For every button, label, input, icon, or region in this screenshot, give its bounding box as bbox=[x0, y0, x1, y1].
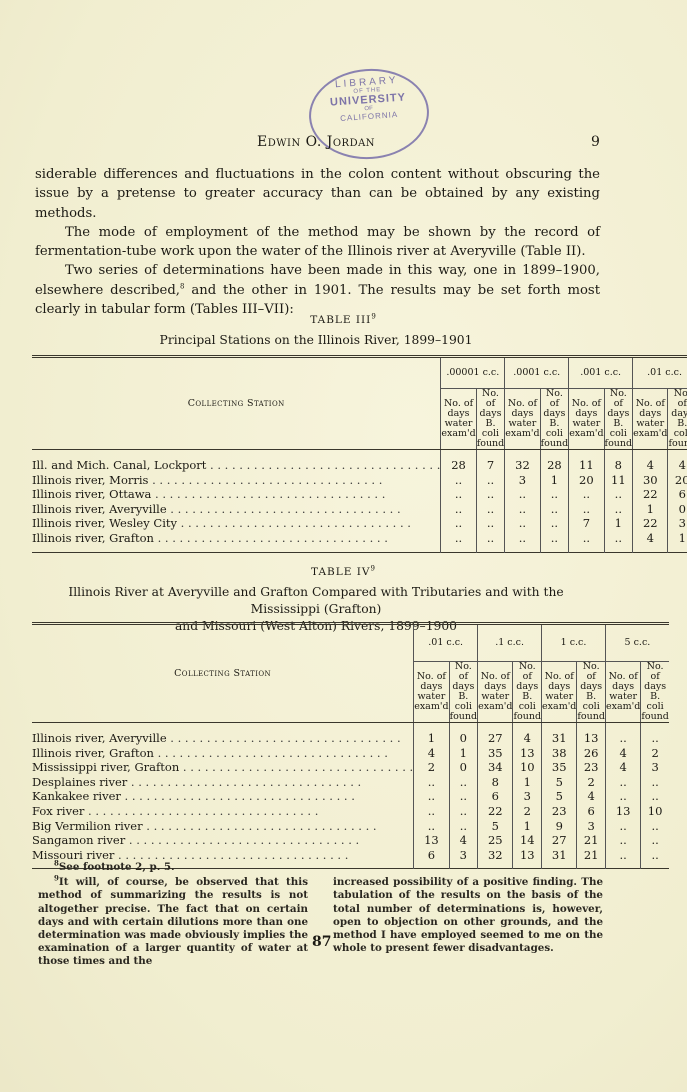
cell-value: 30 bbox=[633, 473, 668, 488]
cell-value: .. bbox=[476, 531, 505, 552]
cell-value: 0 bbox=[449, 723, 478, 746]
cell-value: 26 bbox=[577, 746, 606, 761]
cell-value: 20 bbox=[569, 473, 604, 488]
cell-value: 34 bbox=[478, 760, 513, 775]
cell-value: 14 bbox=[513, 833, 542, 848]
cell-value: 23 bbox=[542, 804, 577, 819]
cell-value: 21 bbox=[577, 833, 606, 848]
paragraph-3: Two series of determinations have been m… bbox=[35, 261, 600, 319]
table-row: Illinois river, Averyville . . . . . . .… bbox=[32, 502, 687, 517]
station-label: Kankakee river bbox=[32, 789, 121, 803]
table-row: Illinois river, Averyville . . . . . . .… bbox=[32, 723, 669, 746]
cell-value: 27 bbox=[542, 833, 577, 848]
cell-value: 4 bbox=[605, 760, 640, 775]
table4-sub-header: No. ofdaysB. colifound bbox=[449, 662, 478, 723]
cell-value: 3 bbox=[668, 516, 687, 531]
station-name: Illinois river, Averyville . . . . . . .… bbox=[32, 723, 414, 746]
table4-sub-header: No. ofdaysB. colifound bbox=[577, 662, 606, 723]
cell-value: 35 bbox=[478, 746, 513, 761]
station-name: Big Vermilion river . . . . . . . . . . … bbox=[32, 819, 414, 834]
cell-value: 3 bbox=[505, 473, 540, 488]
cell-value: 1 bbox=[513, 775, 542, 790]
table-row: Desplaines river . . . . . . . . . . . .… bbox=[32, 775, 669, 790]
cell-value: .. bbox=[505, 516, 540, 531]
station-name: Illinois river, Averyville . . . . . . .… bbox=[32, 502, 441, 517]
table3: Collecting Station .00001 c.c. .0001 c.c… bbox=[32, 355, 687, 553]
table4-caption-line1: Illinois River at Averyville and Grafton… bbox=[32, 584, 600, 618]
cell-value: 32 bbox=[505, 450, 540, 473]
footnote-9-right-column: increased possibility of a positive find… bbox=[333, 876, 603, 968]
station-label: Ill. and Mich. Canal, Lockport bbox=[32, 458, 206, 472]
cell-value: 4 bbox=[668, 450, 687, 473]
station-name: Desplaines river . . . . . . . . . . . .… bbox=[32, 775, 414, 790]
leader-dots: . . . . . . . . . . . . . . . . . . . . … bbox=[84, 804, 318, 818]
table4-sub-header: No. ofdayswaterexam'd bbox=[414, 662, 449, 723]
leader-dots: . . . . . . . . . . . . . . . . . . . . … bbox=[143, 819, 377, 833]
cell-value: 1 bbox=[513, 819, 542, 834]
table4-title: TABLE IV9 bbox=[0, 566, 687, 578]
cell-value: .. bbox=[414, 775, 449, 790]
cell-value: .. bbox=[540, 531, 569, 552]
paragraph-2: The mode of employment of the method may… bbox=[35, 223, 600, 262]
station-name: Illinois river, Wesley City . . . . . . … bbox=[32, 516, 441, 531]
cell-value: .. bbox=[449, 804, 478, 819]
footnotes: 8See footnote 2, p. 5. 9It will, of cour… bbox=[38, 861, 603, 969]
table-row: Ill. and Mich. Canal, Lockport . . . . .… bbox=[32, 450, 687, 473]
cell-value: 1 bbox=[449, 746, 478, 761]
cell-value: 7 bbox=[569, 516, 604, 531]
cell-value: 5 bbox=[542, 789, 577, 804]
cell-value: 4 bbox=[633, 531, 668, 552]
cell-value: .. bbox=[605, 848, 640, 869]
cell-value: 2 bbox=[513, 804, 542, 819]
station-label: Illinois river, Morris bbox=[32, 473, 148, 487]
cell-value: .. bbox=[441, 531, 476, 552]
table3-station-header: Collecting Station bbox=[32, 357, 441, 450]
leader-dots: . . . . . . . . . . . . . . . . . . . . … bbox=[125, 833, 359, 847]
station-name: Illinois river, Morris . . . . . . . . .… bbox=[32, 473, 441, 488]
leader-dots: . . . . . . . . . . . . . . . . . . . . … bbox=[121, 789, 355, 803]
cell-value: .. bbox=[604, 487, 633, 502]
cell-value: .. bbox=[449, 775, 478, 790]
table3-sub-header: No. ofdayswaterexam'd bbox=[569, 389, 604, 450]
body-text: siderable differences and fluctuations i… bbox=[35, 165, 600, 319]
cell-value: 1 bbox=[604, 516, 633, 531]
cell-value: 31 bbox=[542, 723, 577, 746]
footnote-8-text: See footnote 2, p. 5. bbox=[59, 861, 175, 873]
table3-sub-header: No. ofdaysB. colifound bbox=[476, 389, 505, 450]
table3-caption: Principal Stations on the Illinois River… bbox=[32, 332, 600, 349]
table-row: Illinois river, Grafton . . . . . . . . … bbox=[32, 746, 669, 761]
station-name: Mississippi river, Grafton . . . . . . .… bbox=[32, 760, 414, 775]
paragraph-1: siderable differences and fluctuations i… bbox=[35, 165, 600, 223]
cell-value: 6 bbox=[478, 789, 513, 804]
table4: Collecting Station .01 c.c. .1 c.c. 1 c.… bbox=[32, 622, 669, 869]
cell-value: 2 bbox=[641, 746, 669, 761]
cell-value: 9 bbox=[542, 819, 577, 834]
cell-value: 13 bbox=[513, 746, 542, 761]
cell-value: 2 bbox=[577, 775, 606, 790]
table4-group-header: 1 c.c. bbox=[542, 624, 606, 662]
cell-value: 5 bbox=[478, 819, 513, 834]
cell-value: 13 bbox=[577, 723, 606, 746]
cell-value: .. bbox=[641, 775, 669, 790]
cell-value: 1 bbox=[414, 723, 449, 746]
cell-value: 13 bbox=[414, 833, 449, 848]
cell-value: 1 bbox=[633, 502, 668, 517]
table3-group-header: .001 c.c. bbox=[569, 357, 633, 389]
table3-sub-header: No. ofdaysB. colifound bbox=[668, 389, 687, 450]
cell-value: 1 bbox=[668, 531, 687, 552]
leader-dots: . . . . . . . . . . . . . . . . . . . . … bbox=[148, 473, 382, 487]
cell-value: 22 bbox=[478, 804, 513, 819]
station-name: Ill. and Mich. Canal, Lockport . . . . .… bbox=[32, 450, 441, 473]
station-label: Big Vermilion river bbox=[32, 819, 143, 833]
table4-sub-header: No. ofdaysB. colifound bbox=[641, 662, 669, 723]
cell-value: 35 bbox=[542, 760, 577, 775]
cell-value: .. bbox=[441, 473, 476, 488]
cell-value: .. bbox=[605, 789, 640, 804]
table-row: Mississippi river, Grafton . . . . . . .… bbox=[32, 760, 669, 775]
cell-value: .. bbox=[605, 723, 640, 746]
cell-value: 1 bbox=[540, 473, 569, 488]
cell-value: .. bbox=[476, 473, 505, 488]
cell-value: .. bbox=[449, 819, 478, 834]
cell-value: 0 bbox=[449, 760, 478, 775]
cell-value: 28 bbox=[441, 450, 476, 473]
table3-sub-header: No. ofdayswaterexam'd bbox=[441, 389, 476, 450]
cell-value: 3 bbox=[641, 760, 669, 775]
cell-value: 20 bbox=[668, 473, 687, 488]
cell-value: 38 bbox=[542, 746, 577, 761]
leader-dots: . . . . . . . . . . . . . . . . . . . . … bbox=[154, 531, 388, 545]
cell-value: 6 bbox=[577, 804, 606, 819]
cell-value: .. bbox=[605, 833, 640, 848]
footnote-9: 9It will, of course, be observed that th… bbox=[38, 876, 603, 968]
running-head: Edwin O. Jordan 9 bbox=[0, 134, 687, 154]
cell-value: .. bbox=[505, 487, 540, 502]
table4-sub-header: No. ofdayswaterexam'd bbox=[605, 662, 640, 723]
leader-dots: . . . . . . . . . . . . . . . . . . . . … bbox=[177, 516, 411, 530]
leader-dots: . . . . . . . . . . . . . . . . . . . . … bbox=[167, 731, 401, 745]
table-row: Kankakee river . . . . . . . . . . . . .… bbox=[32, 789, 669, 804]
leader-dots: . . . . . . . . . . . . . . . . . . . . … bbox=[167, 502, 401, 516]
cell-value: .. bbox=[641, 848, 669, 869]
leader-dots: . . . . . . . . . . . . . . . . . . . . … bbox=[179, 760, 413, 774]
station-label: Illinois river, Grafton bbox=[32, 746, 154, 760]
station-name: Sangamon river . . . . . . . . . . . . .… bbox=[32, 833, 414, 848]
table-row: Big Vermilion river . . . . . . . . . . … bbox=[32, 819, 669, 834]
cell-value: 4 bbox=[449, 833, 478, 848]
cell-value: 0 bbox=[668, 502, 687, 517]
cell-value: 4 bbox=[605, 746, 640, 761]
leader-dots: . . . . . . . . . . . . . . . . . . . . … bbox=[151, 487, 385, 501]
table4-group-header: .01 c.c. bbox=[414, 624, 478, 662]
cell-value: .. bbox=[540, 487, 569, 502]
leader-dots: . . . . . . . . . . . . . . . . . . . . … bbox=[154, 746, 388, 760]
table4-footnote-ref[interactable]: 9 bbox=[370, 565, 375, 573]
cell-value: .. bbox=[604, 502, 633, 517]
station-label: Sangamon river bbox=[32, 833, 125, 847]
cell-value: .. bbox=[605, 819, 640, 834]
table3-group-header: .01 c.c. bbox=[633, 357, 687, 389]
cell-value: .. bbox=[414, 804, 449, 819]
cell-value: .. bbox=[476, 487, 505, 502]
table3-title: TABLE III9 bbox=[0, 314, 687, 326]
station-label: Illinois river, Wesley City bbox=[32, 516, 177, 530]
cell-value: 22 bbox=[633, 516, 668, 531]
cell-value: 4 bbox=[513, 723, 542, 746]
table4-sub-header: No. ofdayswaterexam'd bbox=[478, 662, 513, 723]
table4-group-header: .1 c.c. bbox=[478, 624, 542, 662]
leader-dots: . . . . . . . . . . . . . . . . . . . . … bbox=[114, 848, 348, 862]
cell-value: .. bbox=[604, 531, 633, 552]
station-name: Illinois river, Ottawa . . . . . . . . .… bbox=[32, 487, 441, 502]
cell-value: 22 bbox=[633, 487, 668, 502]
station-name: Illinois river, Grafton . . . . . . . . … bbox=[32, 531, 441, 552]
cell-value: 3 bbox=[513, 789, 542, 804]
table3-group-header: .0001 c.c. bbox=[505, 357, 569, 389]
cell-value: .. bbox=[414, 819, 449, 834]
cell-value: .. bbox=[540, 516, 569, 531]
table4-title-text: TABLE IV bbox=[311, 566, 370, 578]
cell-value: 10 bbox=[641, 804, 669, 819]
cell-value: 3 bbox=[577, 819, 606, 834]
cell-value: 8 bbox=[478, 775, 513, 790]
cell-value: 2 bbox=[414, 760, 449, 775]
running-head-author: Edwin O. Jordan bbox=[257, 134, 375, 150]
cell-value: 5 bbox=[542, 775, 577, 790]
cell-value: 28 bbox=[540, 450, 569, 473]
table-row: Fox river . . . . . . . . . . . . . . . … bbox=[32, 804, 669, 819]
cell-value: .. bbox=[540, 502, 569, 517]
cell-value: 6 bbox=[668, 487, 687, 502]
table3-sub-header: No. ofdaysB. colifound bbox=[604, 389, 633, 450]
footnote-8: 8See footnote 2, p. 5. bbox=[54, 861, 603, 874]
cell-value: .. bbox=[641, 833, 669, 848]
cell-value: .. bbox=[641, 723, 669, 746]
cell-value: .. bbox=[505, 502, 540, 517]
station-label: Illinois river, Grafton bbox=[32, 531, 154, 545]
station-label: Fox river bbox=[32, 804, 84, 818]
table4-station-header: Collecting Station bbox=[32, 624, 414, 723]
table3-title-text: TABLE III bbox=[310, 314, 371, 326]
cell-value: .. bbox=[505, 531, 540, 552]
cell-value: 4 bbox=[633, 450, 668, 473]
station-name: Kankakee river . . . . . . . . . . . . .… bbox=[32, 789, 414, 804]
station-name: Illinois river, Grafton . . . . . . . . … bbox=[32, 746, 414, 761]
cell-value: .. bbox=[569, 531, 604, 552]
station-label: Mississippi river, Grafton bbox=[32, 760, 179, 774]
cell-value: 7 bbox=[476, 450, 505, 473]
footnote-9-left-text: It will, of course, be observed that thi… bbox=[38, 876, 308, 967]
station-label: Illinois river, Averyville bbox=[32, 502, 167, 516]
cell-value: 4 bbox=[414, 746, 449, 761]
footnote-9-left-column: 9It will, of course, be observed that th… bbox=[38, 876, 308, 968]
station-name: Fox river . . . . . . . . . . . . . . . … bbox=[32, 804, 414, 819]
cell-value: .. bbox=[441, 516, 476, 531]
table4-sub-header: No. ofdaysB. colifound bbox=[513, 662, 542, 723]
folio-number: 87 bbox=[312, 934, 331, 950]
cell-value: .. bbox=[476, 516, 505, 531]
table3-group-header: .00001 c.c. bbox=[441, 357, 505, 389]
cell-value: .. bbox=[605, 775, 640, 790]
table-row: Illinois river, Ottawa . . . . . . . . .… bbox=[32, 487, 687, 502]
table3-sub-header: No. ofdaysB. colifound bbox=[540, 389, 569, 450]
cell-value: .. bbox=[641, 789, 669, 804]
table-row: Illinois river, Morris . . . . . . . . .… bbox=[32, 473, 687, 488]
cell-value: 11 bbox=[604, 473, 633, 488]
cell-value: 11 bbox=[569, 450, 604, 473]
cell-value: 13 bbox=[605, 804, 640, 819]
table-row: Illinois river, Grafton . . . . . . . . … bbox=[32, 531, 687, 552]
cell-value: .. bbox=[476, 502, 505, 517]
cell-value: 27 bbox=[478, 723, 513, 746]
table-row: Sangamon river . . . . . . . . . . . . .… bbox=[32, 833, 669, 848]
cell-value: .. bbox=[569, 487, 604, 502]
page-number: 9 bbox=[591, 134, 600, 150]
station-label: Illinois river, Ottawa bbox=[32, 487, 151, 501]
cell-value: .. bbox=[569, 502, 604, 517]
table3-sub-header: No. ofdayswaterexam'd bbox=[633, 389, 668, 450]
cell-value: 4 bbox=[577, 789, 606, 804]
cell-value: .. bbox=[449, 789, 478, 804]
cell-value: .. bbox=[414, 789, 449, 804]
station-label: Missouri river bbox=[32, 848, 114, 862]
table4-sub-header: No. ofdayswaterexam'd bbox=[542, 662, 577, 723]
table-row: Illinois river, Wesley City . . . . . . … bbox=[32, 516, 687, 531]
cell-value: 8 bbox=[604, 450, 633, 473]
table3-sub-header: No. ofdayswaterexam'd bbox=[505, 389, 540, 450]
table3-footnote-ref[interactable]: 9 bbox=[371, 313, 376, 321]
leader-dots: . . . . . . . . . . . . . . . . . . . . … bbox=[206, 458, 440, 472]
station-label: Desplaines river bbox=[32, 775, 127, 789]
cell-value: 10 bbox=[513, 760, 542, 775]
station-label: Illinois river, Averyville bbox=[32, 731, 167, 745]
cell-value: .. bbox=[641, 819, 669, 834]
table4-group-header: 5 c.c. bbox=[605, 624, 668, 662]
cell-value: .. bbox=[441, 502, 476, 517]
leader-dots: . . . . . . . . . . . . . . . . . . . . … bbox=[127, 775, 361, 789]
cell-value: 25 bbox=[478, 833, 513, 848]
cell-value: .. bbox=[441, 487, 476, 502]
cell-value: 23 bbox=[577, 760, 606, 775]
